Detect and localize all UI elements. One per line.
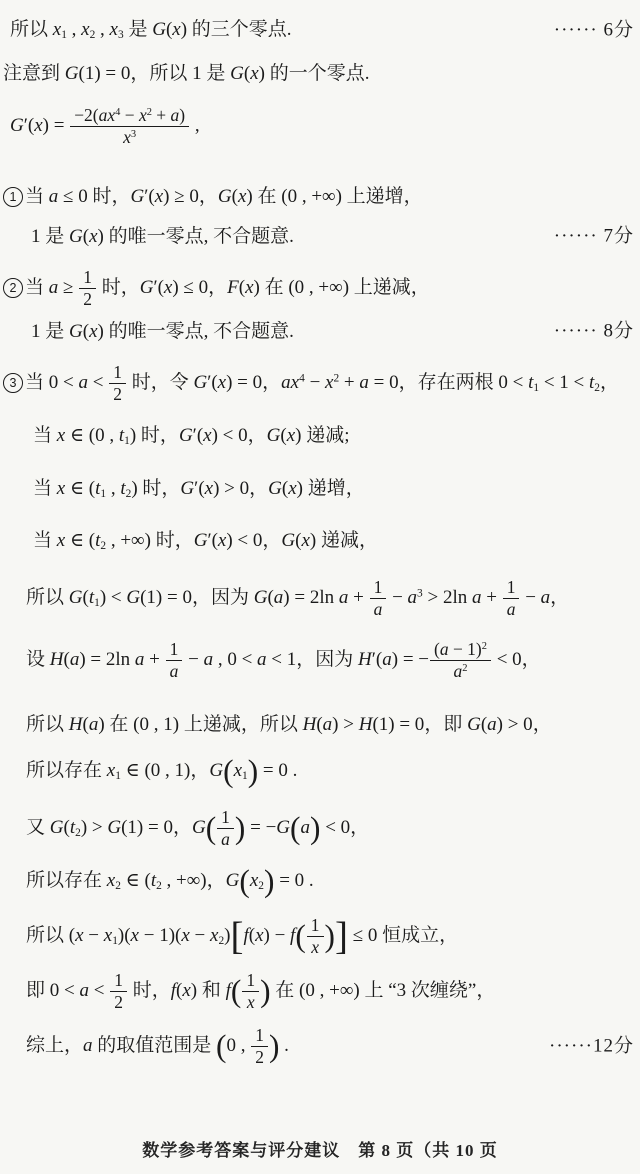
math-text: ) ≤ 0 [172,277,208,298]
fraction-numerator: 1 [370,578,387,599]
line-content: 所以 (x − x1)(x − 1)(x − x2)[f(x) − f(1x)]… [26,925,458,946]
math-text: ) = 2ln [283,587,339,608]
math-text: − 1) [449,639,482,659]
circled-number: 3 [3,373,23,393]
text-run: 时， [92,186,130,207]
math-text: − [305,372,325,393]
math-variable: x [110,19,118,40]
math-text: (0 , +∞) [288,277,349,298]
exists-x1: 所以存在 x1 ∈ (0 , 1)，G(x1) = 0 . [26,758,634,785]
math-variable: G [65,63,79,84]
math-variable: H [303,714,317,735]
math-variable: x [89,226,97,247]
math-variable: a [300,817,310,838]
math-text: 1 [255,1025,264,1045]
math-text: , [67,19,81,40]
math-variable: G [50,817,64,838]
math-variable: G [268,478,282,499]
g-t2-inequality: 又 G(t2) > G(1) = 0，G(1a) = −G(a) < 0， [26,808,634,849]
math-variable: a [487,714,497,735]
text-run: ， [600,372,619,393]
text-run: 上递增， [342,186,423,207]
math-text: ) = 0 [226,372,262,393]
big-paren: ( [206,810,216,845]
math-variable: x [250,63,258,84]
text-run: 的三个零点. [187,19,292,40]
math-text: − [120,105,139,125]
math-superscript: 2 [482,641,487,652]
big-paren: ) [325,918,335,953]
fraction-numerator: 1 [109,363,126,384]
math-text: , [106,478,120,499]
line-content: 所以存在 x1 ∈ (0 , 1)，G(x1) = 0 . [26,760,297,781]
big-paren: ) [248,753,258,788]
text-run: 所以 [10,19,53,40]
line-content: 综上，a 的取值范围是 (0 , 12) . [26,1035,289,1056]
math-text: ≤ 0 [58,186,92,207]
text-run: 递减; [301,425,349,446]
fraction-numerator: 1 [503,578,520,599]
text-run: 当 [33,478,57,499]
math-variable: x [181,925,189,946]
math-text: < [89,980,109,1001]
math-fraction: 12 [110,971,127,1012]
math-variable: H [50,649,64,670]
math-text: ′( [153,277,163,298]
math-variable: a [408,587,418,608]
math-text: ′( [207,530,217,551]
math-text: 1 [246,970,255,990]
text-run: 时，令 [127,372,194,393]
big-paren: ( [295,918,305,953]
math-text: (1) = 0 [372,714,424,735]
math-variable: G [226,870,240,891]
fraction-denominator: x [307,937,324,957]
math-text: (1) = 0 [121,817,173,838]
math-variable: x [104,925,112,946]
text-run: ， [190,760,209,781]
math-fraction: 1a [217,808,234,849]
final-answer: 综上，a 的取值范围是 (0 , 12) .······12分 [26,1026,634,1067]
math-text: = − [245,817,276,838]
math-variable: x [234,760,242,781]
text-run: 上递减， [349,277,430,298]
page-footer: 数学参考答案与评分建议 第 8 页（共 10 页 [0,1136,640,1161]
math-text: ) = − [392,649,429,670]
math-fraction: −2(ax4 − x2 + a)x3 [70,106,189,147]
math-text: 2 [255,1047,264,1067]
math-text: ′( [24,115,34,136]
math-text: + [339,372,359,393]
math-variable: G [467,714,481,735]
math-variable: G [10,115,24,136]
text-run: 时， [136,425,179,446]
math-variable: a [70,649,80,670]
fraction-numerator: 1 [242,971,259,992]
math-variable: x [247,992,255,1012]
fraction-denominator: a [370,599,387,619]
math-text: < 0 [320,817,350,838]
big-paren: ) [269,1028,279,1063]
math-text: 1 [83,267,92,287]
fraction-numerator: 1 [251,1026,268,1047]
fraction-numerator: 1 [217,808,234,829]
math-variable: G [267,425,281,446]
text-run: 恒成立， [382,925,458,946]
math-text: > 2ln [423,587,472,608]
text-run: 时， [151,530,194,551]
math-variable: x [172,19,180,40]
big-paren: ( [290,810,300,845]
note-g1-is-zero: 注意到 G(1) = 0，所以 1 是 G(x) 的一个零点. [3,62,634,87]
math-text: 0 < [498,372,528,393]
score-marker: ······ 6分 [554,18,634,43]
math-variable: x [131,925,139,946]
text-run: ，因为 [296,649,358,670]
math-text: 2 [83,289,92,309]
text-run: ， [208,277,227,298]
fraction-denominator: a2 [430,661,491,681]
math-text: − [387,587,407,608]
math-variable: x [75,925,83,946]
math-variable: a [374,599,383,619]
line-content: 当 x ∈ (t1 , t2) 时，G′(x) > 0，G(x) 递增， [33,478,365,499]
fraction-denominator: 2 [110,992,127,1012]
math-fraction: 1x [307,916,324,957]
math-text: 1 [114,970,123,990]
math-variable: G [230,63,244,84]
math-text: ) > [332,714,359,735]
math-text: ≥ [58,277,78,298]
math-variable: a [541,587,551,608]
big-paren: ) [260,973,270,1008]
math-variable: x [218,372,226,393]
footer-text: 数学参考答案与评分建议 第 8 页（共 10 页 [142,1141,498,1160]
math-variable: ax [281,372,299,393]
math-fraction: 1x [242,971,259,1012]
math-variable: x [57,530,65,551]
text-run: 的一个零点. [265,63,370,84]
fraction-denominator: 2 [79,289,96,309]
math-variable: x [155,186,163,207]
line-content: 1 是 G(x) 的唯一零点, 不合题意. [31,226,294,247]
text-run: 当 [25,186,49,207]
text-run: ， [199,186,218,207]
math-fraction: (a − 1)2a2 [430,640,491,681]
text-run: ，因为 [192,587,254,608]
math-fraction: 1a [166,640,183,681]
math-variable: a [49,277,59,298]
fraction-numerator: 1 [307,916,324,937]
math-variable: a [382,649,392,670]
text-run: 时， [128,980,171,1001]
math-variable: x [107,760,115,781]
math-text: 0 < [49,372,79,393]
text-run: 所以存在 [26,760,107,781]
math-variable: a [507,599,516,619]
big-paren: ) [235,810,245,845]
math-variable: x [81,19,89,40]
line-content: G′(x) = −2(ax4 − x2 + a)x3 , [10,115,200,136]
math-text: + [152,105,171,125]
math-text: ) = [43,115,70,136]
math-text: = 0 [369,372,399,393]
text-run: ， [533,714,552,735]
math-variable: G [209,760,223,781]
text-run: 递减， [316,530,378,551]
text-run: 时， [97,277,140,298]
math-variable: G [281,530,295,551]
math-variable: x [34,115,42,136]
math-variable: a [359,372,369,393]
math-variable: x [53,19,61,40]
text-run: 所以存在 [26,870,107,891]
math-variable: x [203,425,211,446]
math-text: , 0 < [213,649,257,670]
math-text: 0 < [50,980,80,1001]
g-t1-inequality: 所以 G(t1) < G(1) = 0，因为 G(a) = 2ln a + 1a… [26,578,634,619]
math-variable: x [288,478,296,499]
big-bracket: [ [230,915,243,958]
fraction-denominator: x3 [70,127,189,147]
interval-2-increasing: 当 x ∈ (t1 , t2) 时，G′(x) > 0，G(x) 递增， [33,477,634,502]
math-text: < 0 [492,649,522,670]
math-text: + [144,649,164,670]
math-text: < 1 < [539,372,589,393]
big-paren: ) [264,863,274,898]
math-variable: a [274,587,284,608]
interval-1-decreasing: 当 x ∈ (0 , t1) 时，G′(x) < 0，G(x) 递减; [33,424,634,449]
line-content: 当 x ∈ (0 , t1) 时，G′(x) < 0，G(x) 递减; [33,425,350,446]
math-text: 1 [507,577,516,597]
math-variable: a [89,714,99,735]
math-variable: a [79,980,89,1001]
math-variable: a [454,661,463,681]
math-variable: G [69,321,83,342]
text-run: 当 [33,530,57,551]
math-variable: x [107,870,115,891]
line-content: 当 x ∈ (t2 , +∞) 时，G′(x) < 0，G(x) 递减， [33,530,378,551]
case-1-conclusion: 1 是 G(x) 的唯一零点, 不合题意.······ 7分 [31,225,634,250]
math-fraction: 12 [109,363,126,404]
math-variable: H [358,649,372,670]
math-variable: G [192,817,206,838]
math-text: ∈ ( [65,530,95,551]
three-windings: 即 0 < a < 12 时，f(x) 和 f(1x) 在 (0 , +∞) 上… [26,971,634,1012]
math-fraction: 1a [370,578,387,619]
fraction-numerator: (a − 1)2 [430,640,491,661]
fraction-denominator: a [503,599,520,619]
math-variable: a [204,649,214,670]
text-run: ， [550,587,569,608]
math-variable: a [78,372,88,393]
math-variable: x [205,478,213,499]
h-definition: 设 H(a) = 2ln a + 1a − a , 0 < a < 1，因为 H… [26,640,634,681]
math-variable: x [123,127,131,147]
text-run: 1 是 [31,226,69,247]
math-variable: x [301,530,309,551]
line-content: 所以 x1 , x2 , x3 是 G(x) 的三个零点. [10,19,292,40]
math-text: < 1 [267,649,297,670]
math-text: , +∞) [106,530,151,551]
score-marker: ······ 7分 [554,225,634,250]
fraction-numerator: 1 [79,268,96,289]
text-run: ， [262,372,281,393]
math-text: (0 , 1) [133,714,179,735]
math-text: (0 , +∞) [281,186,342,207]
circled-number: 1 [3,187,23,207]
math-variable: a [49,186,59,207]
math-text: ′( [372,649,382,670]
text-run: ， [249,478,268,499]
big-paren: ( [239,863,249,898]
math-variable: a [170,661,179,681]
math-variable: G [126,587,140,608]
math-text: 2 [113,384,122,404]
text-run: 即 [26,980,50,1001]
derivative-formula: G′(x) = −2(ax4 − x2 + a)x3 , [10,106,634,147]
fraction-numerator: 1 [166,640,183,661]
text-run: ，存在两根 [399,372,499,393]
math-text: ′( [144,186,154,207]
text-run: ，所以 1 是 [130,63,230,84]
text-run: ， [350,817,369,838]
math-variable: x [311,937,319,957]
math-variable: a [171,105,180,125]
math-text: ′( [207,372,217,393]
fraction-denominator: a [217,829,234,849]
product-inequality: 所以 (x − x1)(x − 1)(x − x2)[f(x) − f(1x)]… [26,916,634,957]
line-content: 所以 G(t1) < G(1) = 0，因为 G(a) = 2ln a + 1a… [26,587,569,608]
math-text: ) < [100,587,127,608]
math-text: , [95,19,109,40]
text-run: 1 是 [31,321,69,342]
score-marker: ······ 8分 [554,320,634,345]
math-variable: a [257,649,267,670]
line-content: 所以存在 x2 ∈ (t2 , +∞)，G(x2) = 0 . [26,870,314,891]
math-text: = 0 . [258,760,297,781]
math-text: + [482,587,502,608]
math-text: ) < 0 [226,530,262,551]
text-run: 所以 [26,925,69,946]
math-variable: x [182,980,190,1001]
math-variable: F [227,277,239,298]
math-variable: G [180,478,194,499]
math-text: −2( [74,105,98,125]
math-text: = 0 . [274,870,313,891]
math-text: 1 [170,639,179,659]
case-3: 3当 0 < a < 12 时，令 G′(x) = 0，ax4 − x2 + a… [3,363,634,404]
math-variable: H [359,714,373,735]
math-text: . [279,1035,289,1056]
math-fraction: 1a [503,578,520,619]
h-decreasing: 所以 H(a) 在 (0 , 1) 上递减，所以 H(a) > H(1) = 0… [26,713,634,738]
math-variable: x [139,105,147,125]
fraction-numerator: −2(ax4 − x2 + a) [70,106,189,127]
text-run: ， [262,530,281,551]
math-variable: x [57,478,65,499]
math-variable: x [287,425,295,446]
math-variable: G [69,226,83,247]
math-variable: G [179,425,193,446]
text-run: 的取值范围是 [93,1035,217,1056]
text-run: ， [522,649,541,670]
big-bracket: ] [335,915,348,958]
text-run: 在 [271,980,300,1001]
text-run: 的唯一零点, 不合题意. [104,226,294,247]
math-variable: G [276,817,290,838]
math-text: − 1)( [139,925,181,946]
math-text: ) > 0 [497,714,533,735]
line-content: 又 G(t2) > G(1) = 0，G(1a) = −G(a) < 0， [26,817,369,838]
case-2: 2当 a ≥ 12 时，G′(x) ≤ 0，F(x) 在 (0 , +∞) 上递… [3,268,634,309]
circled-number: 2 [3,278,23,298]
text-run: 所以 [26,587,69,608]
math-text: ∈ (0 , [65,425,119,446]
text-run: 在 [105,714,134,735]
math-variable: a [339,587,349,608]
text-run: 递增， [303,478,365,499]
big-paren: ( [231,973,241,1008]
math-variable: ax [99,105,116,125]
math-fraction: 12 [79,268,96,309]
fraction-denominator: 2 [251,1047,268,1067]
math-text: , [190,115,200,136]
math-text: − [84,925,104,946]
math-variable: a [221,829,230,849]
text-run: 所以 [26,714,69,735]
math-text: (0 , +∞) [299,980,360,1001]
text-run: 时， [138,478,181,499]
math-text: ) < 0 [212,425,248,446]
math-text: ′( [194,478,204,499]
fraction-denominator: a [166,661,183,681]
math-superscript: 3 [131,129,136,140]
math-variable: G [69,587,83,608]
math-variable: x [89,321,97,342]
text-run: 当 [33,425,57,446]
math-text: + [348,587,368,608]
score-marker: ······12分 [549,1034,634,1059]
math-text: (1) = 0 [140,587,192,608]
math-superscript: 2 [462,663,467,674]
math-text: ) = 2ln [79,649,135,670]
math-variable: G [152,19,166,40]
math-variable: x [57,425,65,446]
math-text: 2 [114,992,123,1012]
text-run: 设 [26,649,50,670]
text-run: ， [207,870,226,891]
math-variable: a [135,649,145,670]
math-text: 0 , [226,1035,250,1056]
line-content: 2当 a ≥ 12 时，G′(x) ≤ 0，F(x) 在 (0 , +∞) 上递… [3,277,430,298]
math-variable: a [323,714,333,735]
text-run: 当 [25,277,49,298]
math-variable: G [130,186,144,207]
line-content: 注意到 G(1) = 0，所以 1 是 G(x) 的一个零点. [3,63,369,84]
math-text: ) ≥ 0 [163,186,199,207]
big-paren: ) [310,810,320,845]
exists-x2: 所以存在 x2 ∈ (t2 , +∞)，G(x2) = 0 . [26,868,634,895]
math-text: − [190,925,210,946]
case-1: 1当 a ≤ 0 时，G′(x) ≥ 0，G(x) 在 (0 , +∞) 上递增… [3,185,634,210]
math-variable: G [193,372,207,393]
text-run: 上 “3 次缠绕”， [360,980,496,1001]
math-variable: x [255,925,263,946]
line-content: 即 0 < a < 12 时，f(x) 和 f(1x) 在 (0 , +∞) 上… [26,980,495,1001]
big-paren: ( [216,1028,226,1063]
math-text: ) > [81,817,108,838]
